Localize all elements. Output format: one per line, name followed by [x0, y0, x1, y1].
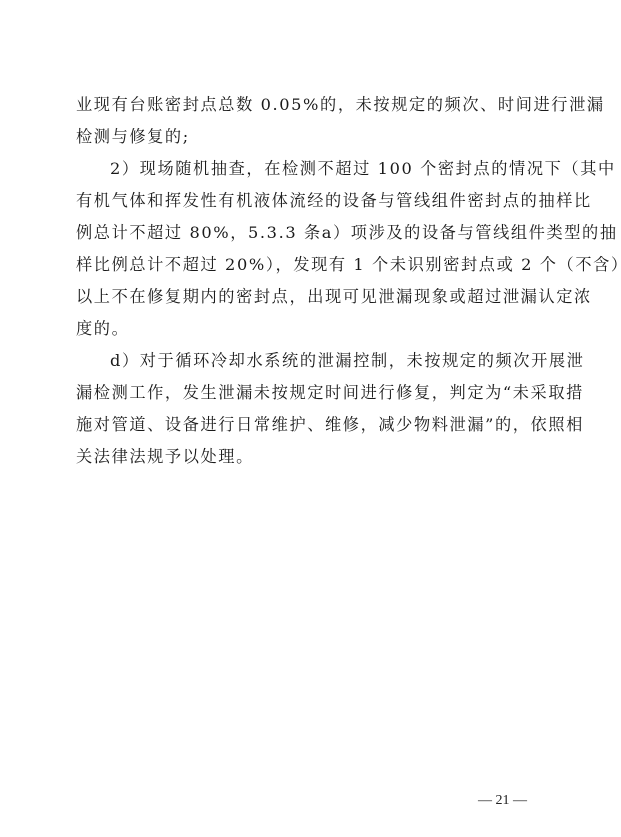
- text-line-1: 业现有台账密封点总数 0.05%的，未按规定的频次、时间进行泄漏: [76, 94, 550, 116]
- text-line-11: 施对管道、设备进行日常维护、维修，减少物料泄漏”的，依照相: [76, 414, 550, 436]
- text-line-7: 以上不在修复期内的密封点，出现可见泄漏现象或超过泄漏认定浓: [76, 286, 550, 308]
- text-line-9: d）对于循环冷却水系统的泄漏控制，未按规定的频次开展泄: [110, 350, 550, 372]
- text-line-2: 检测与修复的;: [76, 126, 550, 148]
- text-line-10: 漏检测工作，发生泄漏未按规定时间进行修复，判定为“未采取措: [76, 382, 550, 404]
- text-line-5: 例总计不超过 80%，5.3.3 条a）项涉及的设备与管线组件类型的抽: [76, 222, 550, 244]
- text-line-8: 度的。: [76, 318, 550, 340]
- text-line-6: 样比例总计不超过 20%），发现有 1 个未识别密封点或 2 个（不含）: [76, 254, 550, 276]
- page-number: — 21 —: [478, 793, 527, 809]
- text-line-12: 关法律法规予以处理。: [76, 446, 550, 468]
- text-line-3: 2）现场随机抽查，在检测不超过 100 个密封点的情况下（其中: [110, 158, 550, 180]
- text-line-4: 有机气体和挥发性有机液体流经的设备与管线组件密封点的抽样比: [76, 190, 550, 212]
- document-page: 业现有台账密封点总数 0.05%的，未按规定的频次、时间进行泄漏 检测与修复的;…: [0, 0, 621, 837]
